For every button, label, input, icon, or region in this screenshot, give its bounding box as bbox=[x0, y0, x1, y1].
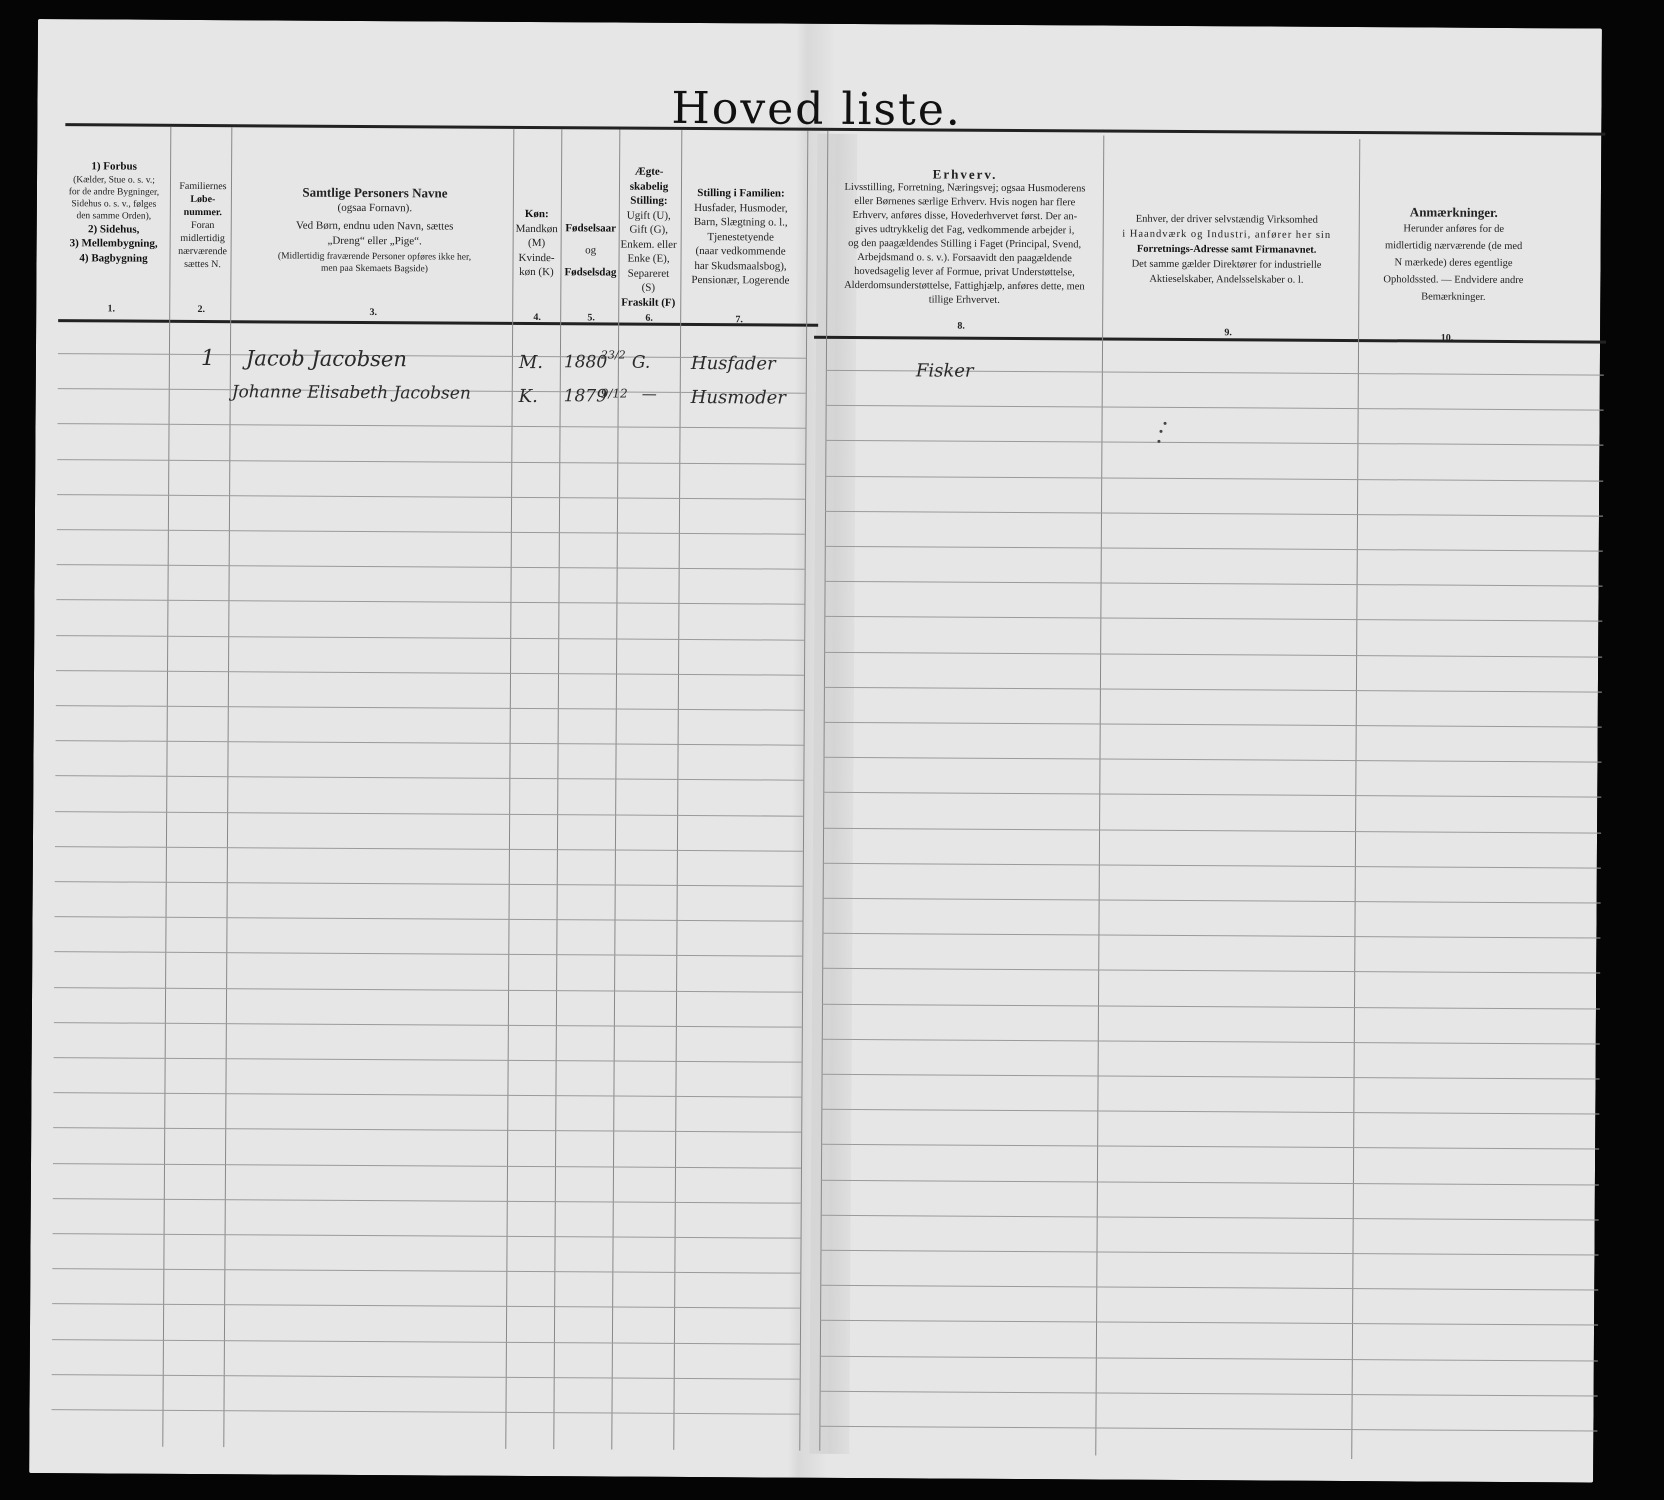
entry-2-sex: K. bbox=[519, 386, 538, 407]
column-1-header: 1) Forbus (Kælder, Stue o. s. v.; for de… bbox=[58, 159, 169, 266]
ink-speck bbox=[1157, 440, 1160, 443]
row-rule bbox=[824, 616, 1602, 622]
row-rule bbox=[823, 898, 1601, 904]
column-2-header: Familiernes Løbe- nummer. Foran midlerti… bbox=[174, 180, 231, 271]
column-divider bbox=[673, 130, 682, 1450]
entry-1-sex: M. bbox=[519, 352, 543, 373]
row-rule bbox=[822, 1039, 1600, 1045]
row-rule bbox=[53, 1092, 801, 1098]
row-rule bbox=[821, 1215, 1599, 1221]
row-rule bbox=[52, 1374, 800, 1380]
row-rule bbox=[53, 1163, 801, 1169]
entry-1-birth-day: 23/2 bbox=[601, 348, 626, 361]
column-number-8: 8. bbox=[946, 321, 976, 332]
row-rule bbox=[821, 1179, 1599, 1185]
ink-speck bbox=[1159, 430, 1162, 433]
column-divider bbox=[1351, 139, 1360, 1459]
row-rule bbox=[820, 1250, 1598, 1256]
entry-1-family-position: Husfader bbox=[691, 353, 776, 375]
row-rule bbox=[56, 670, 804, 676]
row-rule bbox=[824, 722, 1602, 728]
column-3-header: Samtlige Personers Navne (ogsaa Fornavn)… bbox=[236, 185, 513, 276]
row-rule bbox=[821, 1109, 1599, 1115]
entry-1-occupation: Fisker bbox=[916, 360, 974, 381]
row-rule bbox=[820, 1285, 1598, 1291]
header-rule-left bbox=[58, 319, 818, 327]
row-rule bbox=[57, 459, 805, 465]
header-rule-right bbox=[814, 336, 1606, 344]
entry-1-marital-status: G. bbox=[632, 353, 651, 373]
row-rule bbox=[824, 651, 1602, 657]
row-rule bbox=[820, 1355, 1598, 1361]
row-rule bbox=[53, 1128, 801, 1134]
row-rule bbox=[56, 635, 804, 641]
row-rule bbox=[52, 1339, 800, 1345]
entry-2-marital-status: — bbox=[642, 385, 657, 403]
entry-1-name: Jacob Jacobsen bbox=[246, 346, 407, 371]
column-number-1: 1. bbox=[96, 303, 126, 314]
row-rule bbox=[825, 511, 1603, 517]
row-rule bbox=[54, 987, 802, 993]
row-rule bbox=[824, 687, 1602, 693]
row-rule bbox=[822, 933, 1600, 939]
row-rule bbox=[52, 1304, 800, 1310]
row-rule bbox=[819, 1426, 1597, 1432]
row-rule bbox=[53, 1233, 801, 1239]
row-rule bbox=[825, 475, 1603, 481]
row-rule bbox=[822, 1003, 1600, 1009]
row-rule bbox=[825, 440, 1603, 446]
row-rule bbox=[52, 1268, 800, 1274]
column-divider bbox=[611, 130, 620, 1450]
row-rule bbox=[56, 600, 804, 606]
row-rule bbox=[55, 846, 803, 852]
column-number-9: 9. bbox=[1213, 327, 1243, 338]
row-rule bbox=[55, 811, 803, 817]
row-rule bbox=[54, 1057, 802, 1063]
column-4-header: Køn: Mandkøn (M) Kvinde- køn (K) bbox=[512, 207, 560, 280]
column-number-3: 3. bbox=[358, 307, 388, 318]
row-rule bbox=[825, 581, 1603, 587]
row-rule bbox=[823, 827, 1601, 833]
entry-1-family-number: 1 bbox=[201, 346, 215, 371]
entry-2-family-position: Husmoder bbox=[691, 387, 786, 409]
column-divider bbox=[505, 129, 514, 1449]
row-rule bbox=[57, 529, 805, 535]
row-rule bbox=[56, 740, 804, 746]
row-rule bbox=[56, 705, 804, 711]
row-rule bbox=[57, 494, 805, 500]
census-form-page: Hoved liste. 1) Forbus (Kælder, Stue o. … bbox=[29, 19, 1602, 1483]
column-divider bbox=[799, 131, 808, 1451]
row-rule bbox=[826, 405, 1604, 411]
column-5-header: Fødselsaar og Fødselsdag bbox=[562, 217, 618, 283]
column-divider bbox=[223, 127, 232, 1447]
row-rule bbox=[823, 792, 1601, 798]
entry-2-birth-day: 9/12 bbox=[601, 386, 628, 400]
row-rule bbox=[55, 916, 803, 922]
column-divider bbox=[1095, 136, 1104, 1456]
row-rule bbox=[823, 863, 1601, 869]
row-rule bbox=[58, 424, 806, 430]
row-rule bbox=[822, 968, 1600, 974]
column-divider bbox=[553, 129, 562, 1449]
row-rule bbox=[55, 881, 803, 887]
row-rule bbox=[824, 757, 1602, 763]
column-9-header: Enhver, der driver selvstændig Virksomhe… bbox=[1096, 211, 1356, 288]
ruled-rows bbox=[38, 19, 1602, 29]
column-8-header: Erhverv. Livsstilling, Forretning, Nærin… bbox=[816, 167, 1113, 309]
ink-speck bbox=[1164, 422, 1167, 425]
row-rule bbox=[55, 776, 803, 782]
row-rule bbox=[820, 1391, 1598, 1397]
column-number-2: 2. bbox=[186, 304, 216, 315]
row-rule bbox=[54, 1022, 802, 1028]
row-rule bbox=[825, 546, 1603, 552]
column-10-header: Anmærkninger. Herunder anføres for de mi… bbox=[1358, 203, 1549, 306]
row-rule bbox=[52, 1409, 800, 1415]
entry-2-name: Johanne Elisabeth Jacobsen bbox=[232, 382, 471, 403]
column-divider bbox=[162, 127, 171, 1447]
column-7-header: Stilling i Familien: Husfader, Husmoder,… bbox=[680, 186, 801, 288]
row-rule bbox=[822, 1074, 1600, 1080]
column-6-header: Ægte- skabelig Stilling: Ugift (U), Gift… bbox=[618, 165, 679, 310]
row-rule bbox=[821, 1144, 1599, 1150]
row-rule bbox=[57, 564, 805, 570]
row-rule bbox=[820, 1320, 1598, 1326]
row-rule bbox=[54, 952, 802, 958]
row-rule bbox=[53, 1198, 801, 1204]
page-fold bbox=[809, 134, 857, 1454]
